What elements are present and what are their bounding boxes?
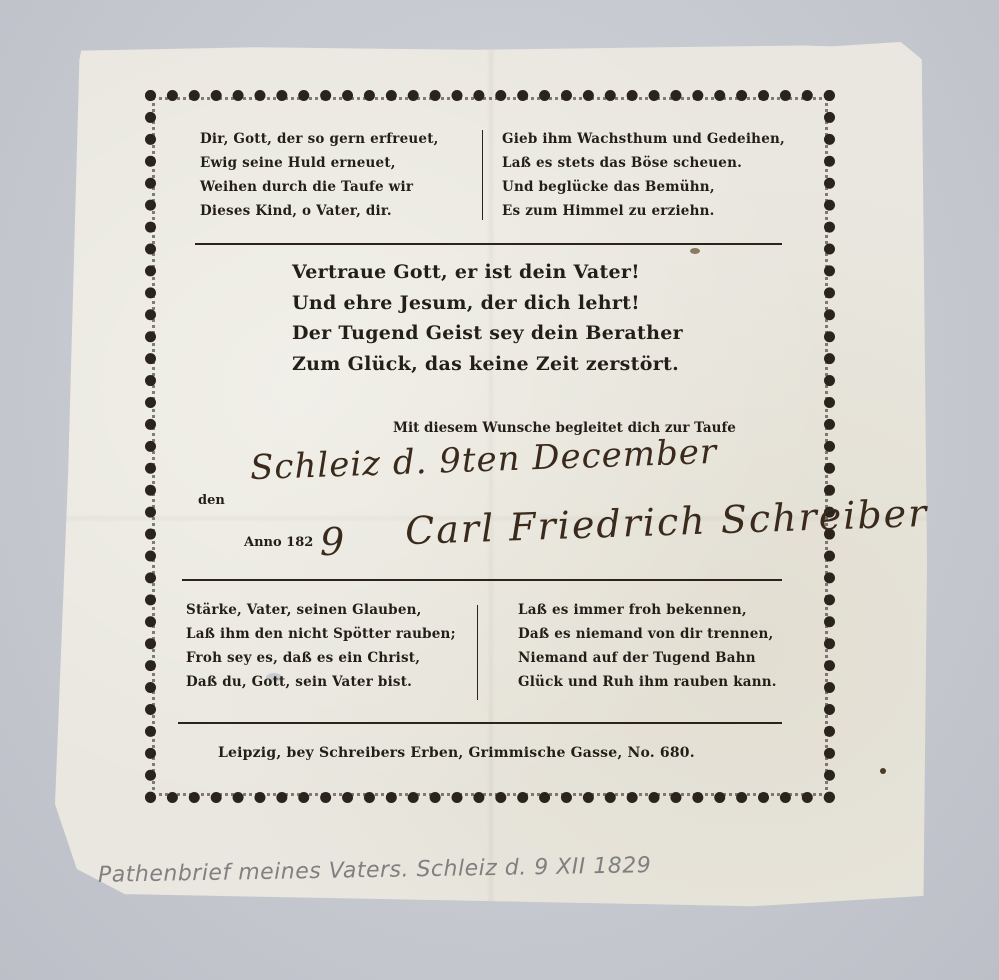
verse-line: Laß es stets das Böse scheuen. — [502, 151, 785, 175]
verse-line: Froh sey es, daß es ein Christ, — [186, 646, 456, 670]
anno-label: Anno 182 — [244, 535, 313, 550]
column-divider — [477, 605, 478, 700]
top-verse-right: Gieb ihm Wachsthum und Gedeihen, Laß es … — [502, 127, 785, 223]
verse-line: Dir, Gott, der so gern erfreuet, — [200, 127, 439, 151]
handwritten-year-digit: 9 — [320, 520, 344, 564]
verse-line: Dieses Kind, o Vater, dir. — [200, 199, 439, 223]
verse-line: Ewig seine Huld erneuet, — [200, 151, 439, 175]
motto-line: Vertraue Gott, er ist dein Vater! — [292, 257, 683, 288]
verse-line: Daß du, Gott, sein Vater bist. — [186, 670, 456, 694]
stain-spot — [880, 768, 886, 774]
motto-line: Zum Glück, das keine Zeit zerstört. — [292, 349, 683, 380]
verse-line: Weihen durch die Taufe wir — [200, 175, 439, 199]
verse-line: Stärke, Vater, seinen Glauben, — [186, 598, 456, 622]
column-divider — [482, 130, 483, 220]
verse-line: Und beglücke das Bemühn, — [502, 175, 785, 199]
verse-line: Niemand auf der Tugend Bahn — [518, 646, 777, 670]
printer-imprint: Leipzig, bey Schreibers Erben, Grimmisch… — [218, 745, 695, 761]
separator-rule — [178, 722, 782, 724]
separator-rule — [182, 579, 782, 581]
motto: Vertraue Gott, er ist dein Vater! Und eh… — [292, 257, 683, 379]
verse-line: Es zum Himmel zu erziehn. — [502, 199, 785, 223]
verse-line: Laß es immer froh bekennen, — [518, 598, 777, 622]
verse-line: Laß ihm den nicht Spötter rauben; — [186, 622, 456, 646]
separator-rule — [195, 243, 782, 245]
motto-line: Und ehre Jesum, der dich lehrt! — [292, 288, 683, 319]
motto-line: Der Tugend Geist sey dein Berather — [292, 318, 683, 349]
bottom-verse-right: Laß es immer froh bekennen, Daß es niema… — [518, 598, 777, 694]
verse-line: Glück und Ruh ihm rauben kann. — [518, 670, 777, 694]
top-verse-left: Dir, Gott, der so gern erfreuet, Ewig se… — [200, 127, 439, 223]
verse-line: Gieb ihm Wachsthum und Gedeihen, — [502, 127, 785, 151]
verse-line: Daß es niemand von dir trennen, — [518, 622, 777, 646]
bottom-verse-left: Stärke, Vater, seinen Glauben, Laß ihm d… — [186, 598, 456, 694]
den-label: den — [198, 493, 225, 508]
